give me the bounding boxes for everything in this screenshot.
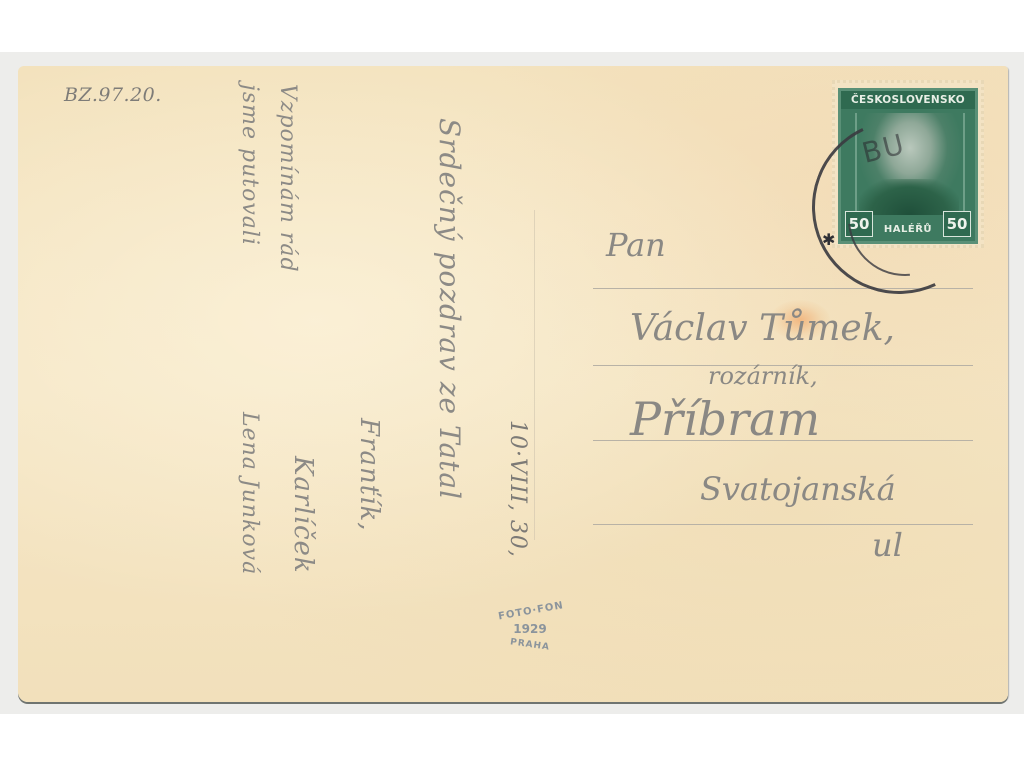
message-signature-lena: Lena Junková <box>237 412 262 575</box>
postmark-star-icon: ✱ <box>822 230 835 249</box>
photo-stamp-year: 1929 <box>498 622 562 636</box>
signature-karlicek: Karlíček <box>288 456 318 574</box>
address-street-suffix: ul <box>872 526 903 564</box>
address-street: Svatojanská <box>700 470 896 508</box>
address-name: Václav Tůmek, <box>630 308 895 349</box>
postcard-scan: BZ.97.20. Vzpomínám rád jsme putovali Le… <box>0 0 1024 768</box>
address-salutation: Pan <box>606 226 666 264</box>
stamp-country: ČESKOSLOVENSKO <box>841 91 975 109</box>
photographer-stamp: FOTO·FON 1929 PRAHA <box>498 598 562 662</box>
address-city: Příbram <box>630 392 820 446</box>
photo-stamp-city: PRAHA <box>498 636 563 655</box>
address-rule-4 <box>593 524 973 525</box>
greeting-text: Srdečný pozdrav ze Tatal <box>433 118 466 500</box>
message-line-1: Vzpomínám rád <box>275 84 300 273</box>
message-line-2: jsme putovali <box>237 84 262 246</box>
signature-frantik: Franťík, <box>354 418 384 532</box>
reference-note: BZ.97.20. <box>64 84 162 106</box>
address-occupation: rozárník, <box>708 362 818 390</box>
center-divider <box>534 210 535 540</box>
date-note: 10·VIII, 30, <box>505 420 530 558</box>
